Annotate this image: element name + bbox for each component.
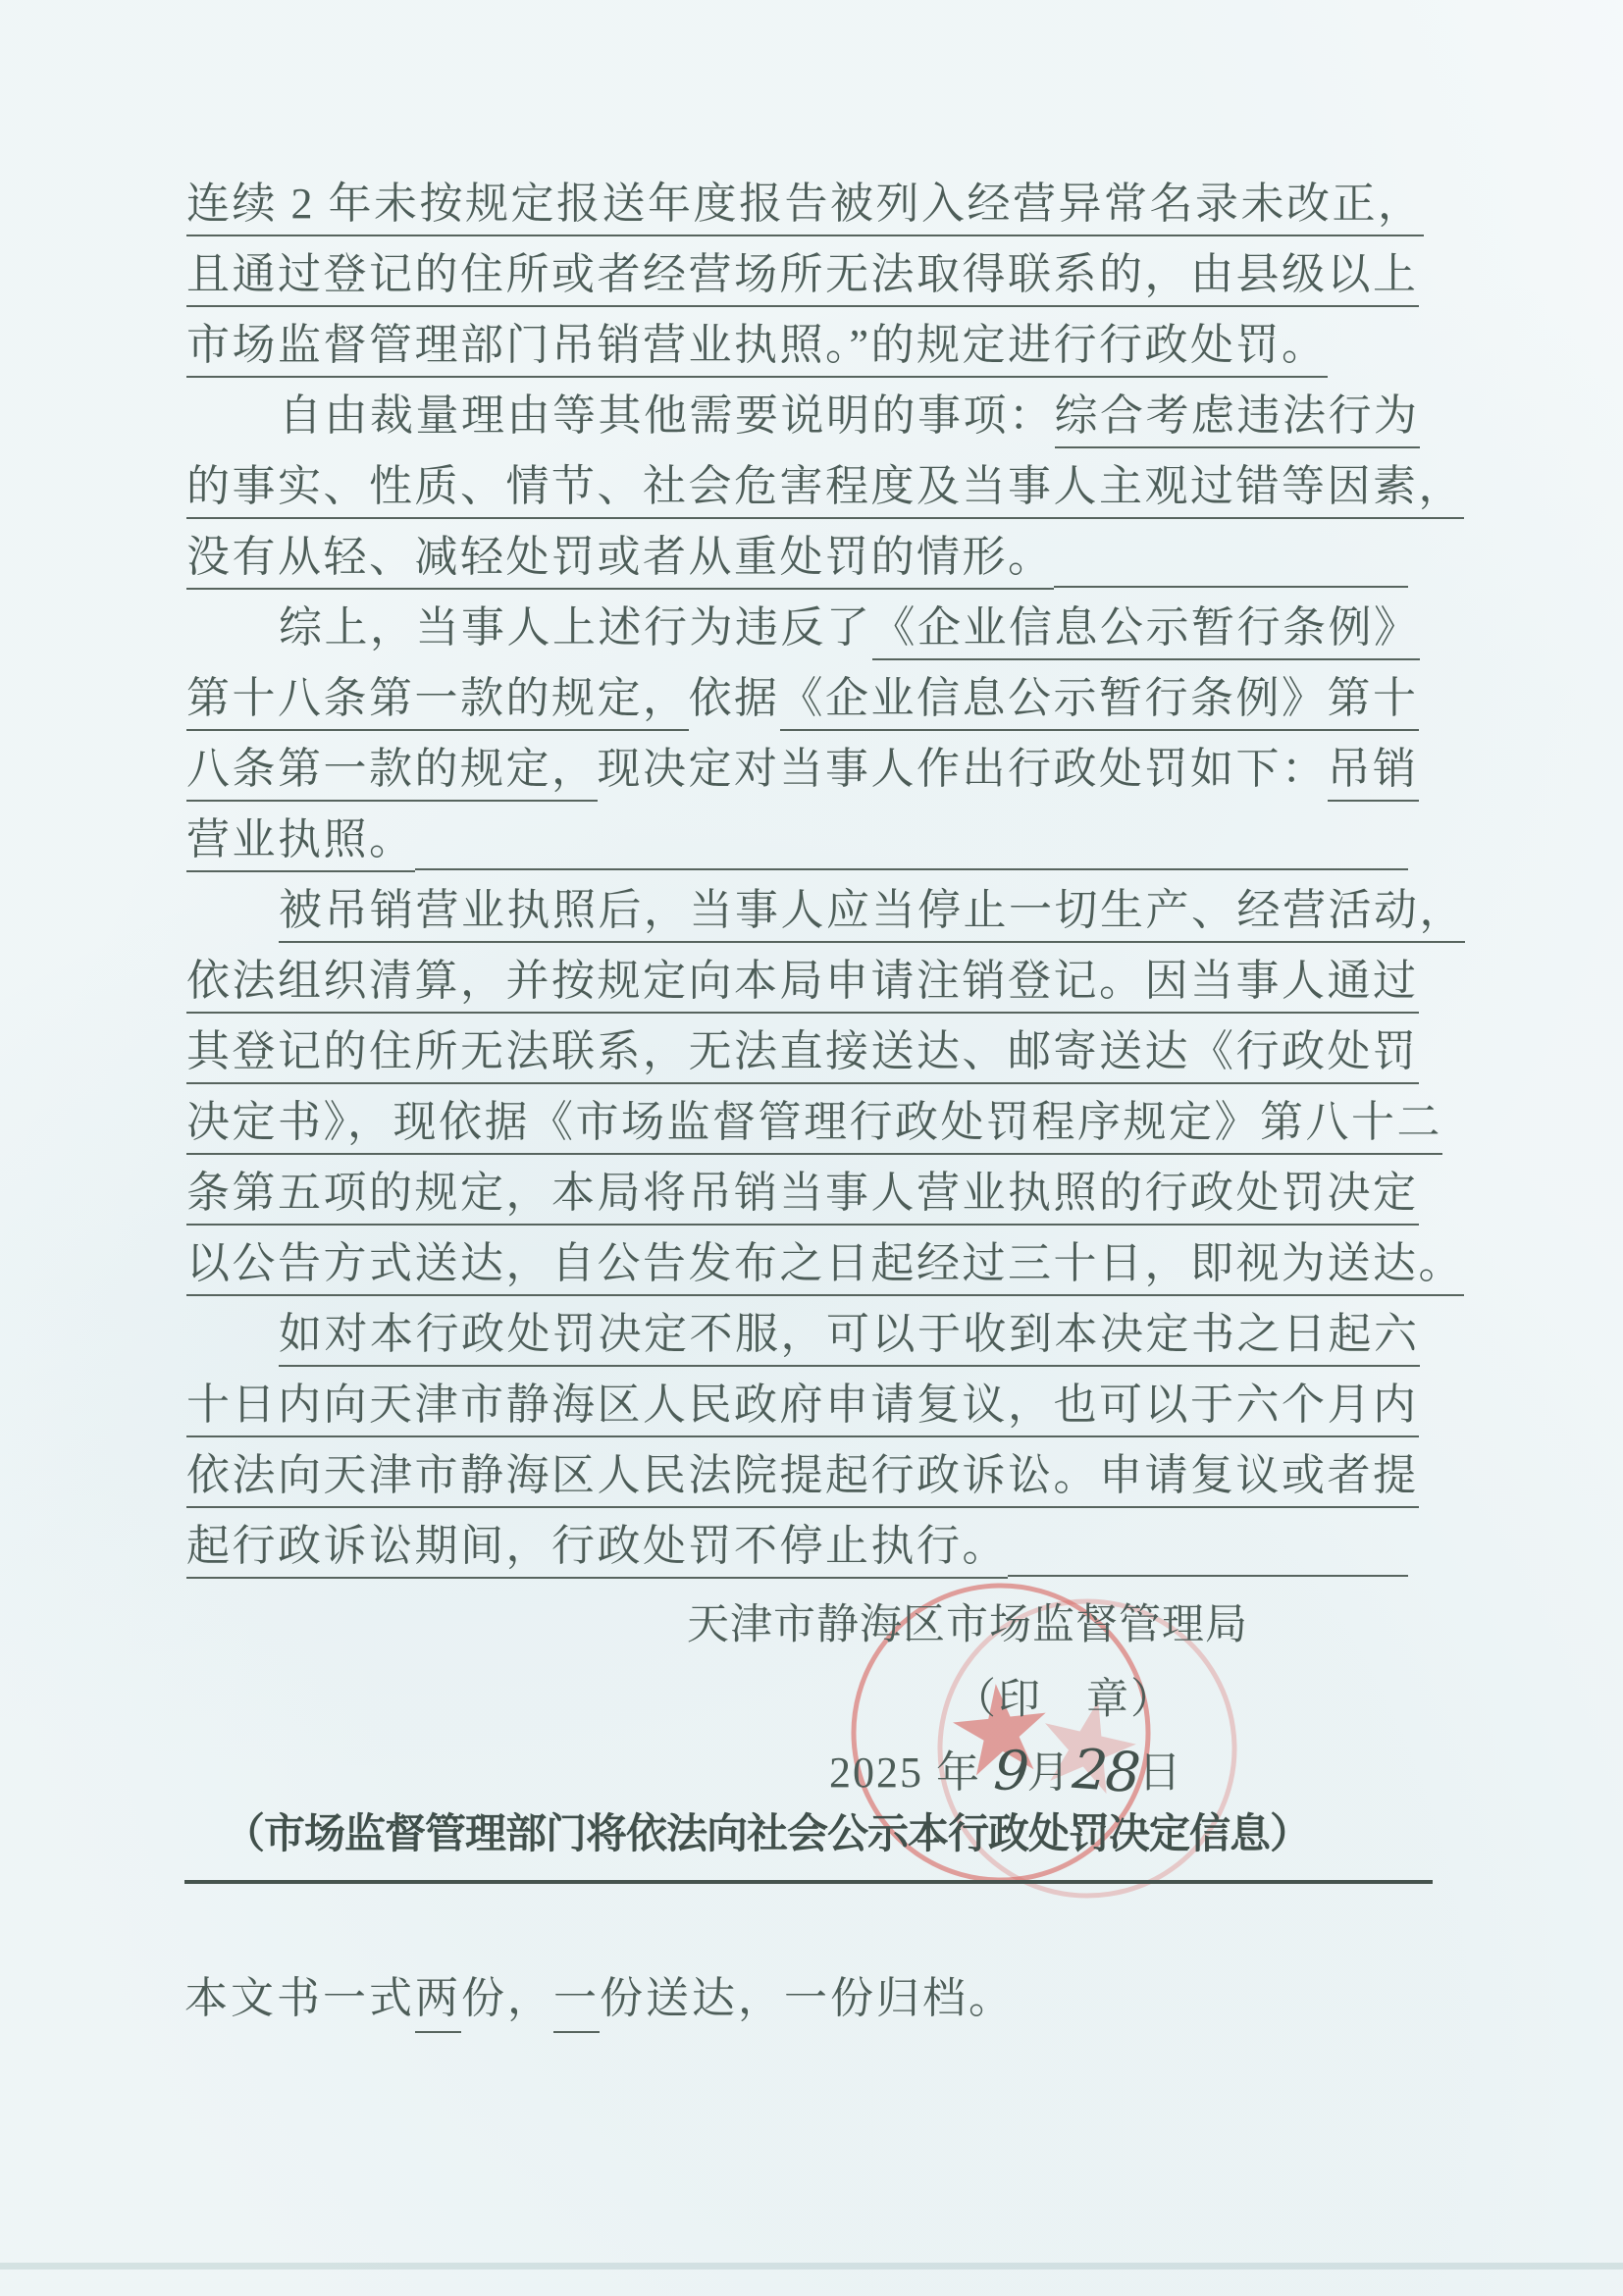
text-segment: 综上，当事人上述行为违反了 bbox=[279, 606, 872, 658]
text-segment: 决定书》，现依据《市场监督管理行政处罚程序规定》第八十二 bbox=[186, 1101, 1442, 1155]
document-line: 依法向天津市静海区人民法院提起行政诉讼。申请复议或者提 bbox=[186, 1454, 1408, 1508]
publicity-note: （市场监督管理部门将依法向社会公示本行政处罚决定信息） bbox=[224, 1801, 1310, 1860]
issuing-agency-name: 天津市静海区市场监督管理局 bbox=[687, 1592, 1248, 1651]
text-segment: 依法组织清算，并按规定向本局申请注销登记。因当事人通过 bbox=[186, 960, 1419, 1014]
text-segment: 被吊销营业执照后，当事人应当停止一切生产、经营活动， bbox=[279, 889, 1465, 943]
decision-date: 2025 年 9月28日 bbox=[829, 1737, 1183, 1800]
text-segment: 起行政诉讼期间，行政处罚不停止执行。 bbox=[186, 1525, 1008, 1579]
text-segment: 如对本行政处罚决定不服，可以于收到本决定书之日起六 bbox=[279, 1313, 1420, 1367]
document-line: 其登记的住所无法联系，无法直接送达、邮寄送达《行政处罚 bbox=[186, 1030, 1408, 1084]
seal-placeholder-label: （印 章） bbox=[954, 1666, 1175, 1726]
document-line: 连续 2 年未按规定报送年度报告被列入经营异常名录未改正， bbox=[186, 183, 1408, 236]
document-line: 的事实、性质、情节、社会危害程度及当事人主观过错等因素， bbox=[186, 465, 1408, 519]
text-segment: 连续 2 年未按规定报送年度报告被列入经营异常名录未改正， bbox=[186, 183, 1424, 236]
text-segment: 且通过登记的住所或者经营场所无法取得联系的，由县级以上 bbox=[186, 253, 1419, 307]
footer-divider-line bbox=[184, 1880, 1433, 1884]
text-segment: 其登记的住所无法联系，无法直接送达、邮寄送达《行政处罚 bbox=[186, 1030, 1419, 1084]
document-line: 且通过登记的住所或者经营场所无法取得联系的，由县级以上 bbox=[186, 253, 1408, 307]
document-line: 如对本行政处罚决定不服，可以于收到本决定书之日起六 bbox=[186, 1313, 1500, 1367]
text-segment: 条第五项的规定，本局将吊销当事人营业执照的行政处罚决定 bbox=[186, 1172, 1419, 1226]
text-segment: 一 bbox=[553, 1962, 600, 2033]
date-month-unit: 月 bbox=[1027, 1748, 1073, 1797]
date-month-handwritten: 9 bbox=[992, 1747, 1028, 1799]
document-line: 自由裁量理由等其他需要说明的事项：综合考虑违法行为 bbox=[186, 394, 1500, 448]
scanner-edge-artifact bbox=[0, 2263, 1623, 2270]
text-segment: 依据 bbox=[689, 677, 780, 729]
underline-extension bbox=[415, 818, 1409, 870]
document-line: 十日内向天津市静海区人民政府申请复议，也可以于六个月内 bbox=[186, 1383, 1408, 1437]
text-segment: 依法向天津市静海区人民法院提起行政诉讼。申请复议或者提 bbox=[186, 1454, 1419, 1508]
document-line: 依法组织清算，并按规定向本局申请注销登记。因当事人通过 bbox=[186, 960, 1408, 1014]
document-line: 条第五项的规定，本局将吊销当事人营业执照的行政处罚决定 bbox=[186, 1172, 1408, 1226]
text-segment: 的事实、性质、情节、社会危害程度及当事人主观过错等因素， bbox=[186, 465, 1464, 519]
date-day-handwritten: 28 bbox=[1071, 1746, 1140, 1800]
scanned-penalty-decision-page: 连续 2 年未按规定报送年度报告被列入经营异常名录未改正， 且通过登记的住所或者… bbox=[0, 0, 1623, 2296]
text-segment: 营业执照。 bbox=[186, 818, 415, 872]
text-segment: 两 bbox=[415, 1962, 461, 2033]
date-day-unit: 日 bbox=[1138, 1748, 1183, 1797]
text-segment: 现决定对当事人作出行政处罚如下： bbox=[598, 748, 1328, 800]
document-line: 决定书》，现依据《市场监督管理行政处罚程序规定》第八十二 bbox=[186, 1101, 1408, 1155]
document-line: 没有从轻、减轻处罚或者从重处罚的情形。 bbox=[186, 536, 1408, 590]
underline-extension bbox=[1054, 536, 1409, 588]
text-segment: 第十八条第一款的规定， bbox=[186, 677, 689, 731]
text-segment: 吊销 bbox=[1328, 748, 1419, 802]
text-segment: 份， bbox=[461, 1962, 553, 2031]
document-line: 综上，当事人上述行为违反了《企业信息公示暂行条例》 bbox=[186, 606, 1500, 660]
text-segment: 《企业信息公示暂行条例》 bbox=[872, 606, 1420, 660]
document-line: 营业执照。 bbox=[186, 818, 1408, 872]
document-line: 市场监督管理部门吊销营业执照。”的规定进行行政处罚。 bbox=[186, 324, 1408, 378]
text-segment: 《企业信息公示暂行条例》第十 bbox=[780, 677, 1419, 731]
document-line: 起行政诉讼期间，行政处罚不停止执行。 bbox=[186, 1525, 1408, 1579]
document-line: 以公告方式送达，自公告发布之日起经过三十日，即视为送达。 bbox=[186, 1242, 1408, 1296]
text-segment: 没有从轻、减轻处罚或者从重处罚的情形。 bbox=[186, 536, 1054, 590]
text-segment: 十日内向天津市静海区人民政府申请复议，也可以于六个月内 bbox=[186, 1383, 1419, 1437]
text-segment: 本文书一式 bbox=[184, 1962, 415, 2031]
text-segment: 自由裁量理由等其他需要说明的事项： bbox=[279, 394, 1055, 446]
text-segment: 份送达，一份归档。 bbox=[600, 1962, 1015, 2031]
text-segment: 八条第一款的规定， bbox=[186, 748, 598, 802]
text-segment: 市场监督管理部门吊销营业执照。”的规定进行行政处罚。 bbox=[186, 324, 1328, 378]
document-line: 八条第一款的规定，现决定对当事人作出行政处罚如下：吊销 bbox=[186, 748, 1408, 802]
date-year: 2025 年 bbox=[829, 1748, 994, 1797]
document-line: 第十八条第一款的规定，依据《企业信息公示暂行条例》第十 bbox=[186, 677, 1408, 731]
text-segment: 以公告方式送达，自公告发布之日起经过三十日，即视为送达。 bbox=[186, 1242, 1464, 1296]
document-line: 被吊销营业执照后，当事人应当停止一切生产、经营活动， bbox=[186, 889, 1500, 943]
copies-footnote: 本文书一式两份，一份送达，一份归档。 bbox=[184, 1962, 1015, 2033]
text-segment: 综合考虑违法行为 bbox=[1055, 394, 1420, 448]
